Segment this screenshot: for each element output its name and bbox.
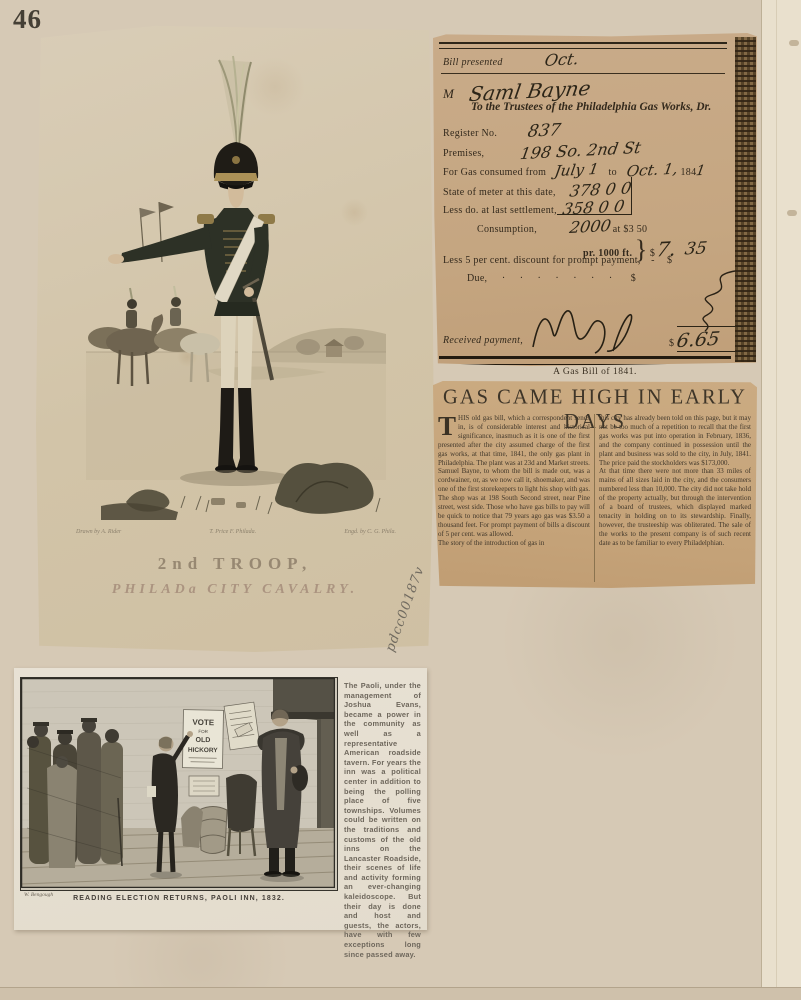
premises-row: Premises, 198 So. 2nd St <box>443 141 723 160</box>
page-number: 46 <box>13 4 42 35</box>
article-columns: THIS old gas bill, which a correspondent… <box>438 414 752 548</box>
due-flourish <box>691 269 741 333</box>
epaulette <box>197 214 214 224</box>
flag <box>159 202 174 213</box>
settlement-value: 358 0 0 <box>562 196 627 218</box>
settlement-label: Less do. at last settlement, <box>443 205 557 216</box>
article-column-1-text: HIS old gas bill, which a correspondent … <box>438 414 590 547</box>
meter-row: State of meter at this date, 378 0 0 <box>443 180 723 199</box>
officer-plume <box>219 56 251 145</box>
article-column-2: this city has already been told on this … <box>599 414 751 548</box>
bill-bottom-rule <box>439 356 731 365</box>
notice-small <box>189 776 219 796</box>
addressee-prefix: M <box>443 86 454 101</box>
paoli-card: VOTE FOR OLD HICKORY <box>14 668 427 930</box>
paoli-description: The Paoli, under the management of Joshu… <box>344 681 421 959</box>
print-title-line2: PHILADa CITY CAVALRY. <box>36 582 434 598</box>
bill-caption: A Gas Bill of 1841. <box>433 367 757 377</box>
due-label: Due, <box>467 273 487 284</box>
bill-presented-value: Oct. <box>543 49 580 70</box>
payee-line: To the Trustees of the Philadelphia Gas … <box>471 101 723 113</box>
year-written: 1 <box>695 163 707 179</box>
officer-face <box>228 187 244 208</box>
discount-dash: - <box>651 255 654 266</box>
tree <box>296 339 320 355</box>
discount-dollar-sign: $ <box>667 255 672 266</box>
total-topline <box>677 326 743 327</box>
barrel <box>181 806 227 853</box>
election-engraving-frame: VOTE FOR OLD HICKORY <box>20 677 338 891</box>
paper <box>147 786 156 797</box>
consumed-row: For Gas consumed from July 1 to Oct. 1, … <box>443 161 723 179</box>
meter-label: State of meter at this date, <box>443 187 556 198</box>
drop-cap: T <box>438 414 458 438</box>
cavalry-print: Drawn by A. Rider T. Price F. Philada. E… <box>36 24 434 652</box>
white-horse <box>180 333 220 355</box>
poster-line-2: FOR <box>198 729 208 734</box>
credit-engraver: Engd. by C. G. Phila. <box>344 529 396 535</box>
bill-top-rule <box>439 42 727 49</box>
print-credits: Drawn by A. Rider T. Price F. Philada. E… <box>76 529 396 535</box>
consumed-label: For Gas consumed from <box>443 167 546 178</box>
rider <box>170 308 181 326</box>
due-dots: · · · · · · · <box>502 273 618 284</box>
settlement-underline <box>557 214 631 215</box>
meter-column-rule <box>631 177 632 215</box>
edge-notch <box>787 210 797 216</box>
poster-line-3: OLD <box>196 737 211 744</box>
payment-signature <box>529 301 649 357</box>
consumed-to-value: Oct. 1, <box>626 160 680 181</box>
election-engraving: VOTE FOR OLD HICKORY <box>21 678 335 888</box>
news-article: GAS CAME HIGH IN EARLY DAYS THIS old gas… <box>433 381 757 588</box>
flag <box>140 208 156 218</box>
register-value: 837 <box>526 120 562 142</box>
bill-rule <box>441 73 725 74</box>
extended-arm <box>120 226 212 263</box>
consumed-from-value: July 1 <box>553 160 600 180</box>
rider <box>126 310 137 328</box>
page-edge-bottom <box>0 987 801 1000</box>
addressee-row: M Saml Bayne <box>443 79 723 103</box>
print-title-line1: 2nd TROOP, <box>36 554 434 574</box>
premises-label: Premises, <box>443 148 484 159</box>
poster-line-4: HICKORY <box>188 747 219 755</box>
discount-label: Less 5 per cent. discount for prompt pay… <box>443 255 641 266</box>
bill-presented-row: Bill presented Oct. <box>443 50 723 69</box>
poster-line-1: VOTE <box>192 718 215 727</box>
total-underline <box>677 351 743 352</box>
page-edge-right <box>761 0 801 1000</box>
cavalry-engraving <box>86 50 386 522</box>
discount-row: Less 5 per cent. discount for prompt pay… <box>443 255 723 266</box>
poster-second <box>224 702 260 750</box>
credit-artist: Drawn by A. Rider <box>76 529 121 535</box>
officer-helmet <box>214 142 258 190</box>
bill-presented-label: Bill presented <box>443 57 503 68</box>
credit-publisher: T. Price F. Philada. <box>209 529 256 535</box>
register-label: Register No. <box>443 128 497 139</box>
register-row: Register No. 837 <box>443 121 723 141</box>
officer-hand <box>108 254 124 264</box>
consumption-label: Consumption, <box>477 224 537 235</box>
due-dollar-sign: $ <box>631 273 636 284</box>
gas-bill: Bill presented Oct. M Saml Bayne To the … <box>433 33 757 366</box>
article-column-1: THIS old gas bill, which a correspondent… <box>438 414 590 548</box>
tree <box>344 336 364 350</box>
premises-value: 198 So. 2nd St <box>519 138 643 163</box>
due-row: Due, · · · · · · · $ <box>467 273 723 284</box>
to-label: to <box>609 167 617 178</box>
election-caption: READING ELECTION RETURNS, PAOLI INN, 183… <box>14 895 344 902</box>
received-label: Received payment, <box>443 335 523 346</box>
album-page: 46 <box>0 0 801 1000</box>
edge-notch <box>789 40 799 46</box>
